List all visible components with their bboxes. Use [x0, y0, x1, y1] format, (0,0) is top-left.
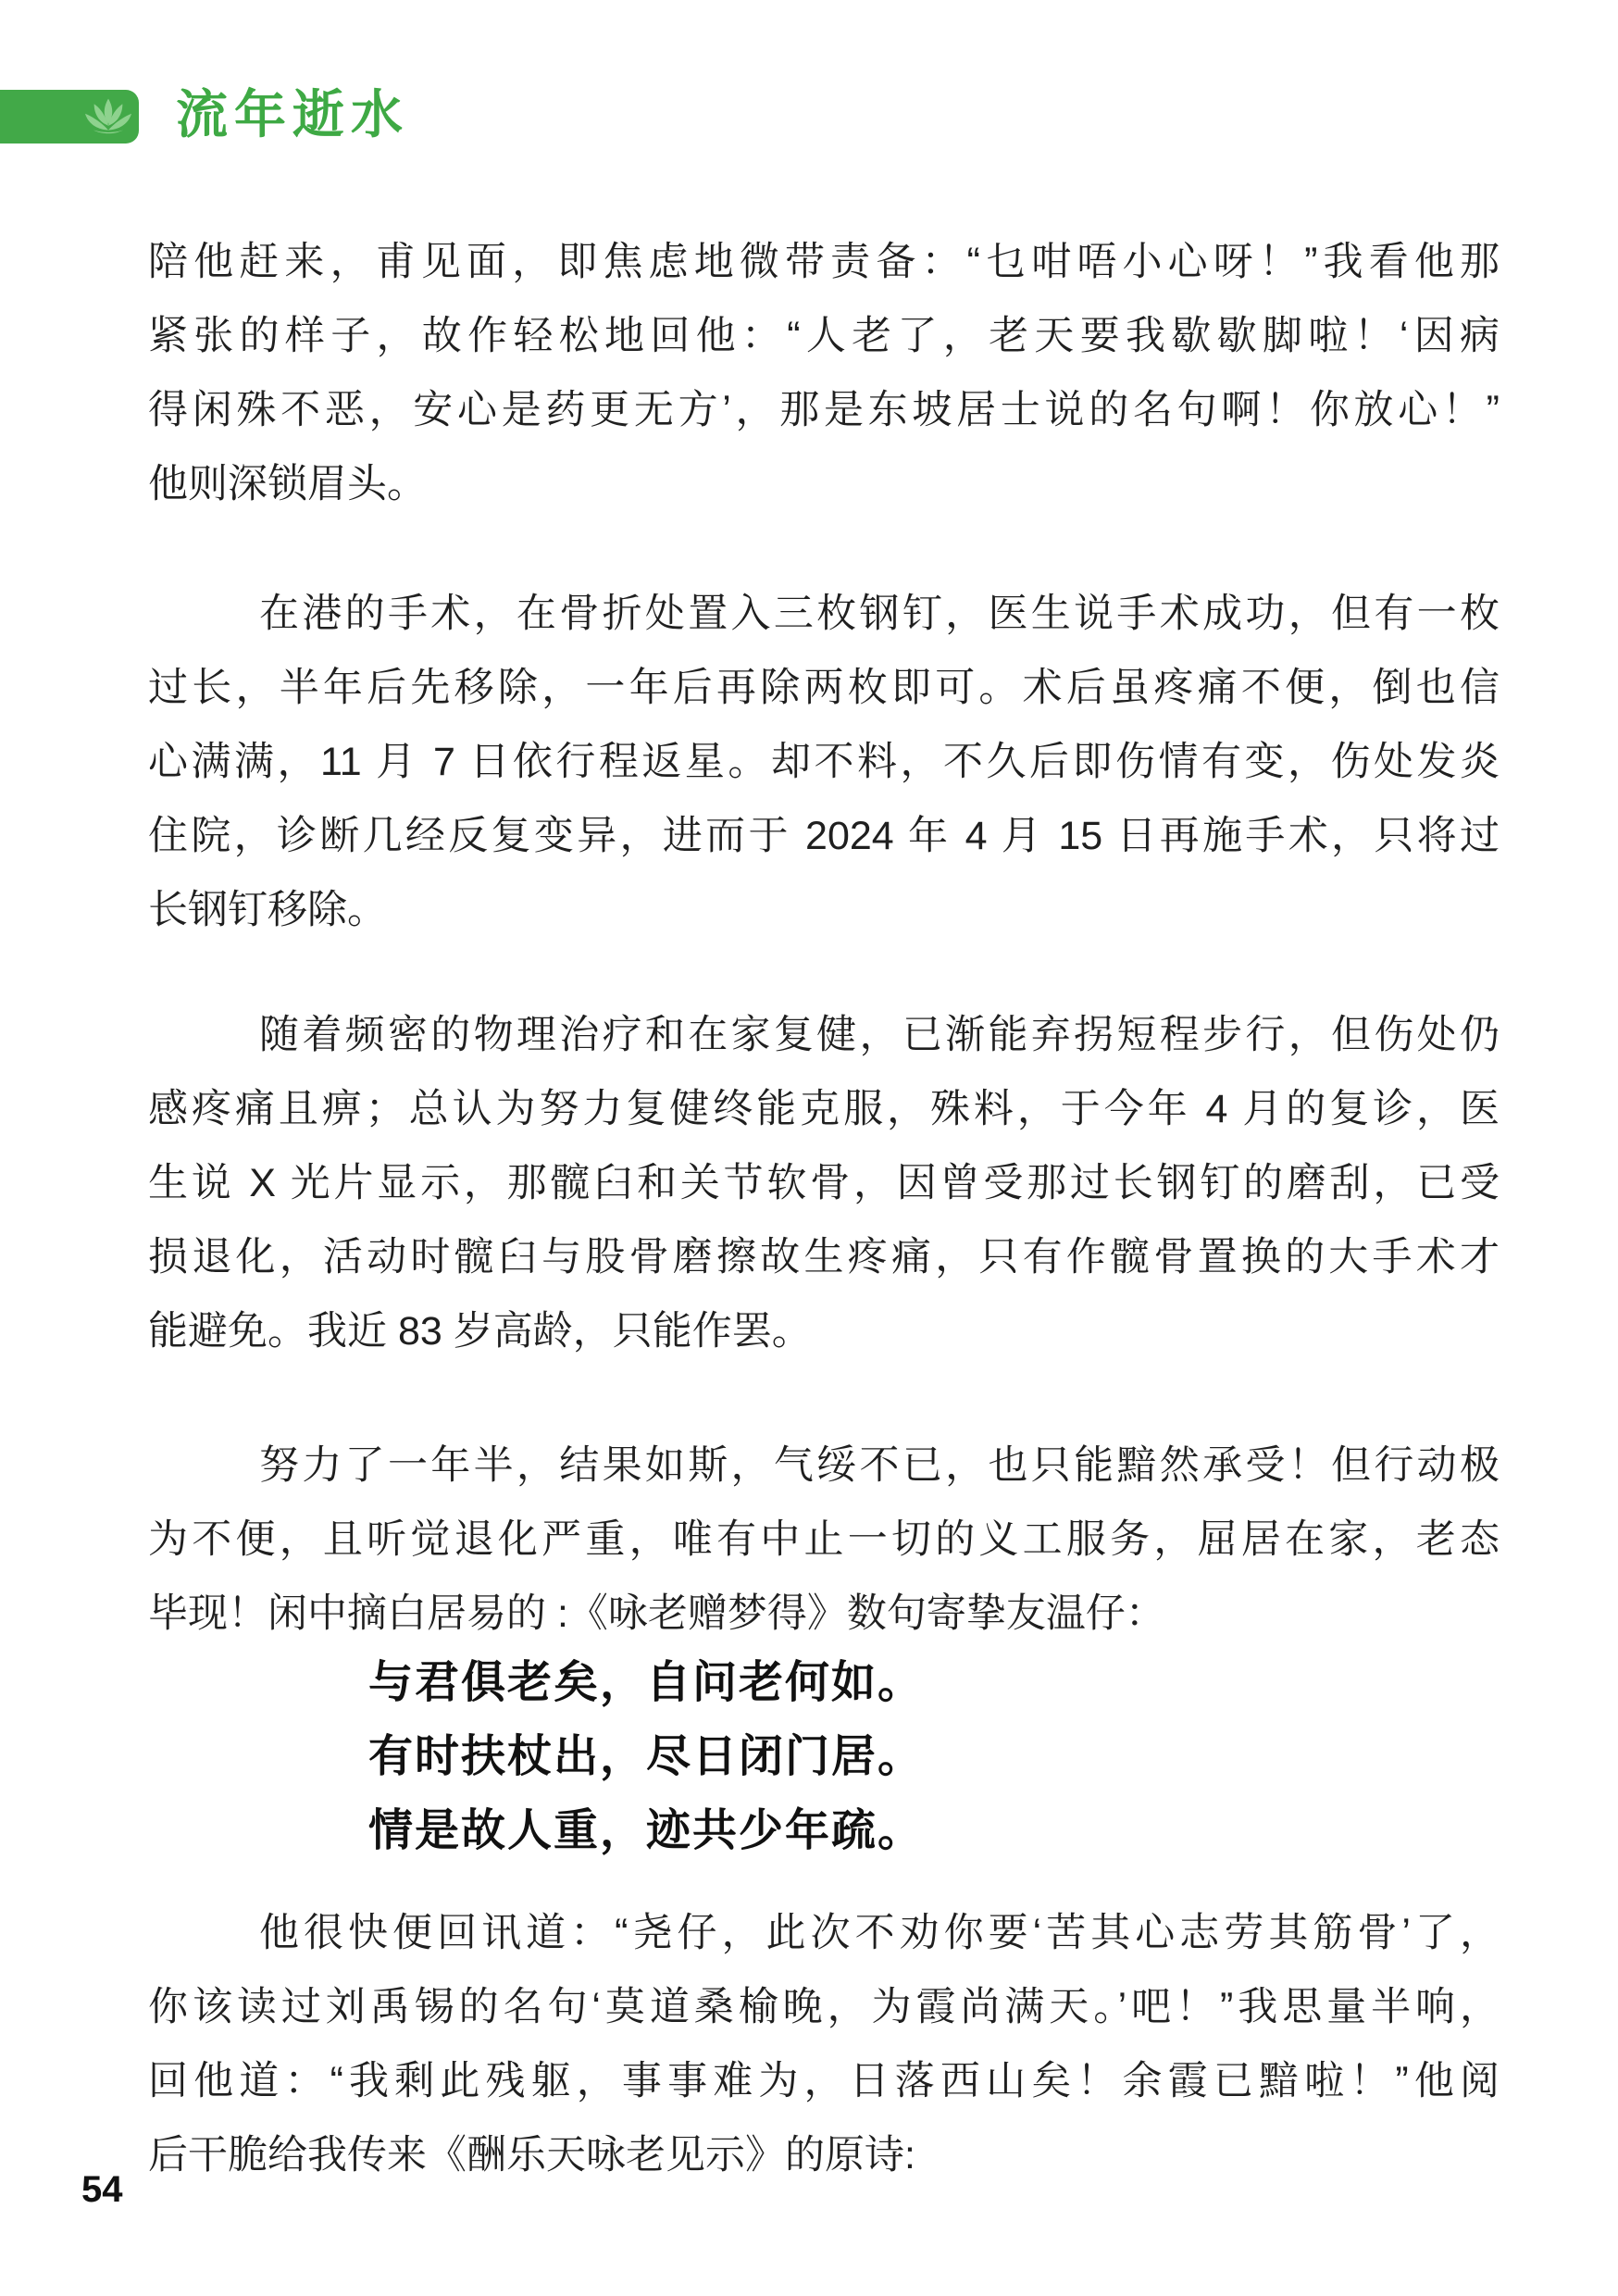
- paragraph: 努力了一年半，结果如斯，气绥不已，也只能黯然承受！但行动极 为不便，且听觉退化严…: [148, 1429, 1500, 1651]
- poem-block: 与君俱老矣，自问老何如。 有时扶杖出，尽日闭门居。 情是故人重，迹共少年疏。: [368, 1646, 924, 1868]
- text-line: 住院，诊断几经反复变异，进而于 2024 年 4 月 15 日再施手术，只将过: [148, 799, 1500, 873]
- magazine-page: 流年逝水 陪他赶来，甫见面，即焦虑地微带责备：“乜咁唔小心呀！”我看他那 紧张的…: [0, 0, 1618, 2296]
- text-line: 在港的手术，在骨折处置入三枚钢钉，医生说手术成功，但有一枚: [148, 577, 1500, 651]
- text-line: 能避免。我近 83 岁高龄，只能作罢。: [148, 1294, 1500, 1368]
- text-line: 长钢钉移除。: [148, 873, 1500, 947]
- text-line: 过长，半年后先移除，一年后再除两枚即可。术后虽疼痛不便，倒也信: [148, 651, 1500, 725]
- paragraph: 在港的手术，在骨折处置入三枚钢钉，医生说手术成功，但有一枚 过长，半年后先移除，…: [148, 577, 1500, 947]
- page-number: 54: [81, 2169, 123, 2211]
- text-line: 回他道：“我剩此残躯，事事难为，日落西山矣！余霞已黯啦！”他阅: [148, 2044, 1500, 2118]
- paragraph: 陪他赶来，甫见面，即焦虑地微带责备：“乜咁唔小心呀！”我看他那 紧张的样子，故作…: [148, 225, 1500, 521]
- text-line: 紧张的样子，故作轻松地回他：“人老了，老天要我歇歇脚啦！‘因病: [148, 299, 1500, 373]
- text-line: 你该读过刘禹锡的名句‘莫道桑榆晚，为霞尚满天。’吧！”我思量半响，: [148, 1970, 1500, 2044]
- paragraph: 随着频密的物理治疗和在家复健，已渐能弃拐短程步行，但伤处仍 感疼痛且痹；总认为努…: [148, 998, 1500, 1368]
- text-line: 感疼痛且痹；总认为努力复健终能克服，殊料，于今年 4 月的复诊，医: [148, 1072, 1500, 1146]
- poem-line: 与君俱老矣，自问老何如。: [368, 1646, 924, 1720]
- text-line: 后干脆给我传来《酬乐天咏老见示》的原诗:: [148, 2118, 1500, 2192]
- text-line: 生说 X 光片显示，那髋臼和关节软骨，因曾受那过长钢钉的磨刮，已受: [148, 1146, 1500, 1220]
- section-header-bar: [0, 90, 139, 143]
- text-line: 他则深锁眉头。: [148, 447, 1500, 521]
- poem-line: 情是故人重，迹共少年疏。: [368, 1794, 924, 1868]
- text-line: 毕现！闲中摘白居易的 :《咏老赠梦得》数句寄挚友温仔：: [148, 1577, 1500, 1651]
- paragraph: 他很快便回讯道：“尧仔，此次不劝你要‘苦其心志劳其筋骨’了， 你该读过刘禹锡的名…: [148, 1896, 1500, 2192]
- text-line: 随着频密的物理治疗和在家复健，已渐能弃拐短程步行，但伤处仍: [148, 998, 1500, 1072]
- text-line: 陪他赶来，甫见面，即焦虑地微带责备：“乜咁唔小心呀！”我看他那: [148, 225, 1500, 299]
- text-line: 得闲殊不恶，安心是药更无方’，那是东坡居士说的名句啊！你放心！”: [148, 373, 1500, 447]
- text-line: 他很快便回讯道：“尧仔，此次不劝你要‘苦其心志劳其筋骨’了，: [148, 1896, 1500, 1970]
- lotus-icon: [84, 97, 132, 136]
- text-line: 为不便，且听觉退化严重，唯有中止一切的义工服务，屈居在家，老态: [148, 1503, 1500, 1577]
- poem-line: 有时扶杖出，尽日闭门居。: [368, 1720, 924, 1794]
- text-line: 心满满，11 月 7 日依行程返星。却不料，不久后即伤情有变，伤处发炎: [148, 725, 1500, 799]
- text-line: 损退化，活动时髋臼与股骨磨擦故生疼痛，只有作髋骨置换的大手术才: [148, 1220, 1500, 1294]
- section-title: 流年逝水: [176, 85, 409, 144]
- text-line: 努力了一年半，结果如斯，气绥不已，也只能黯然承受！但行动极: [148, 1429, 1500, 1503]
